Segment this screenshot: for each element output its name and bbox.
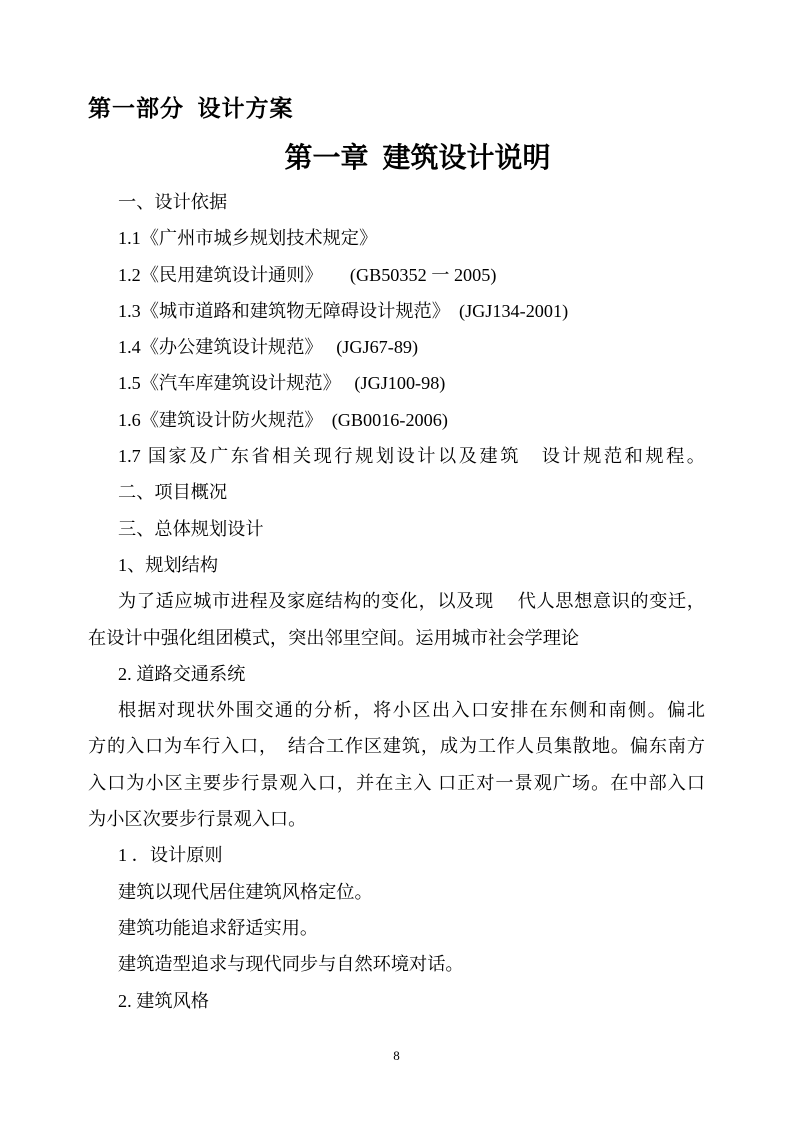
document-body: 一、设计依据1.1《广州市城乡规划技术规定》1.2《民用建筑设计通则》 (GB5… [88,184,705,1019]
text-line: 1.3《城市道路和建筑物无障碍设计规范》 (JGJ134-2001) [88,293,705,329]
text-line: 方的入口为车行入口， 结合工作区建筑，成为工作人员集散地。偏东南方 [88,728,705,764]
chapter-heading: 第一章 建筑设计说明 [88,136,705,176]
document-page: 第一部分 设计方案 第一章 建筑设计说明 一、设计依据1.1《广州市城乡规划技术… [0,0,793,1122]
text-line: 2. 建筑风格 [88,983,705,1019]
text-line: 1、规划结构 [88,547,705,583]
text-line: 2. 道路交通系统 [88,656,705,692]
part-heading: 第一部分 设计方案 [88,90,294,123]
text-line: 为小区次要步行景观入口。 [88,801,705,837]
page-number: 8 [0,1048,793,1064]
text-line: 1 ．设计原则 [88,837,705,873]
text-line: 建筑功能追求舒适实用。 [88,910,705,946]
text-line: 1.5《汽车库建筑设计规范》 (JGJ100-98) [88,365,705,401]
text-line: 1.4《办公建筑设计规范》 (JGJ67-89) [88,329,705,365]
text-line: 1.6《建筑设计防火规范》 (GB0016-2006) [88,402,705,438]
text-line: 一、设计依据 [88,184,705,220]
text-line: 1.7 国家及广东省相关现行规划设计以及建筑 设计规范和规程。 [88,438,705,474]
text-line: 1.2《民用建筑设计通则》 (GB50352 一 2005) [88,257,705,293]
text-line: 二、项目概况 [88,474,705,510]
text-line: 三、总体规划设计 [88,511,705,547]
text-line: 在设计中强化组团模式，突出邻里空间。运用城市社会学理论 [88,620,705,656]
text-line: 建筑以现代居住建筑风格定位。 [88,874,705,910]
text-line: 1.1《广州市城乡规划技术规定》 [88,220,705,256]
text-line: 建筑造型追求与现代同步与自然环境对话。 [88,946,705,982]
text-line: 为了适应城市进程及家庭结构的变化，以及现 代人思想意识的变迁， [88,583,705,619]
text-line: 根据对现状外围交通的分析，将小区出入口安排在东侧和南侧。偏北 [88,692,705,728]
text-line: 入口为小区主要步行景观入口，并在主入 口正对一景观广场。在中部入口 [88,765,705,801]
